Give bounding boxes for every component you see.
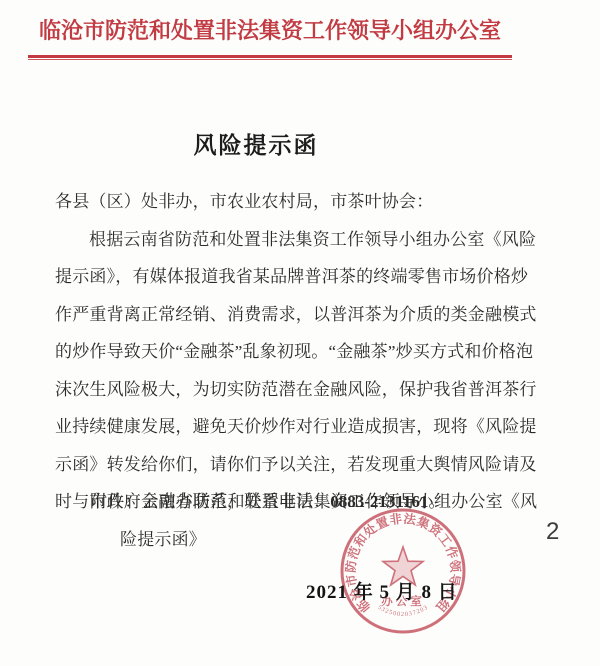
body-line: 沫次生风险极大，为切实防范潜在金融风险，保护我省普洱茶行 <box>55 371 523 409</box>
letter-body: 各县（区）处非办，市农业农村局，市茶叶协会： 根据云南省防范和处置非法集资工作领… <box>55 183 523 521</box>
body-line: 作严重背离正常经销、消费需求，以普洱茶为介质的类金融模式 <box>55 296 523 334</box>
document-page: 临沧市防范和处置非法集资工作领导小组办公室 风险提示函 各县（区）处非办，市农业… <box>0 0 600 666</box>
body-line: 示函》转发给你们，请你们予以关注，若发现重大舆情风险请及 <box>55 446 523 484</box>
issue-date: 2021 年 5 月 8 日 <box>306 577 458 604</box>
body-line: 业持续健康发展，避免天价炒作对行业造成损害，现将《风险提 <box>55 408 523 446</box>
letterhead-org-name: 临沧市防范和处置非法集资工作领导小组办公室 <box>28 15 512 47</box>
letterhead-divider <box>28 55 512 60</box>
attachment-note: 附件：云南省防范和处置非法集资工作领导小组办公室《风 险提示函》 <box>90 483 537 558</box>
attachment-line-2: 险提示函》 <box>120 521 537 559</box>
salutation-line: 各县（区）处非办，市农业农村局，市茶叶协会： <box>55 183 523 221</box>
official-seal-icon: 临沧市防范和处置非法集资工作领导小组 办公室 5325002037203 <box>338 506 468 636</box>
attachment-line-1: 附件：云南省防范和处置非法集资工作领导小组办公室《风 <box>90 483 537 521</box>
document-title: 风险提示函 <box>0 127 512 160</box>
body-line: 提示函》，有媒体报道我省某品牌普洱茶的终端零售市场价格炒 <box>55 258 523 296</box>
body-line: 的炒作导致天价“金融茶”乱象初现。“金融茶”炒买方式和价格泡 <box>55 333 523 371</box>
body-line: 根据云南省防范和处置非法集资工作领导小组办公室《风险 <box>55 221 523 259</box>
page-number: 2 <box>546 518 559 546</box>
